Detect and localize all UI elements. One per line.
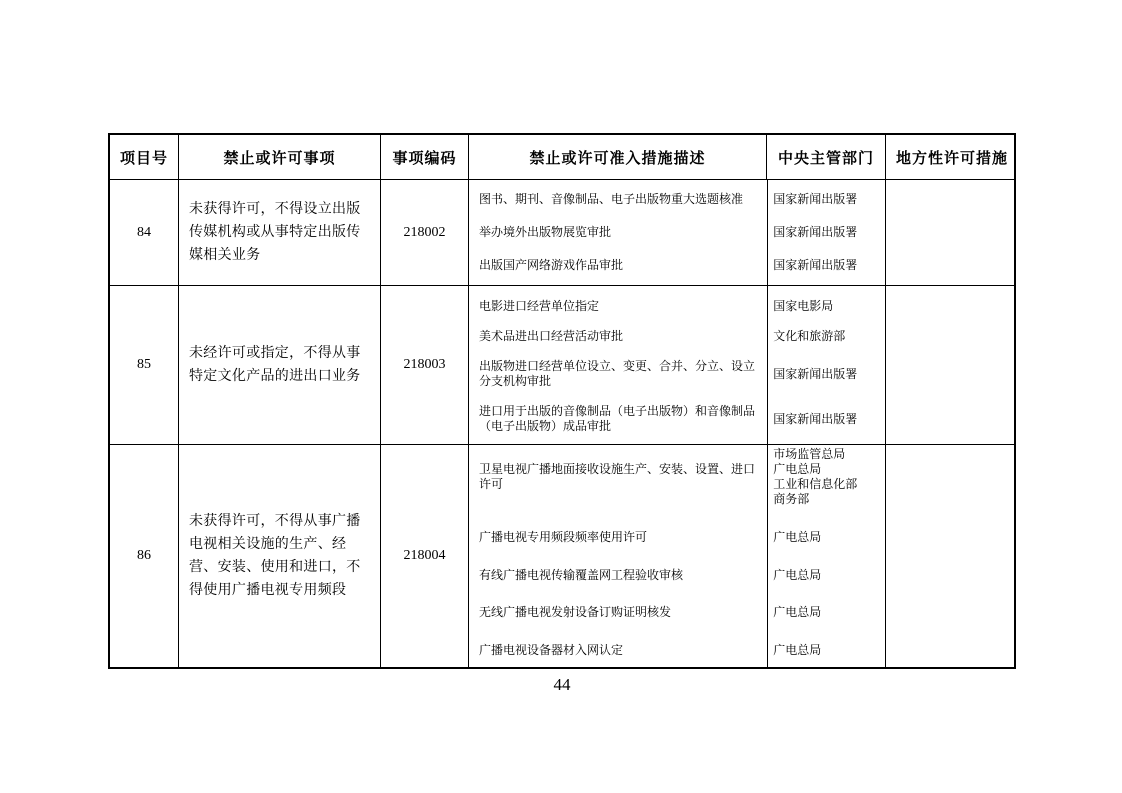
measure-row: 出版物进口经营单位设立、变更、合并、分立、设立分支机构审批 国家新闻出版署 [469, 359, 885, 389]
local-measures-cell [886, 180, 1018, 285]
department-text: 广电总局 [766, 605, 885, 620]
measure-row: 广播电视专用频段频率使用许可 广电总局 [469, 530, 885, 545]
item-number: 86 [110, 445, 179, 667]
measure-text: 举办境外出版物展览审批 [469, 225, 766, 240]
table-header-row: 项目号 禁止或许可事项 事项编码 禁止或许可准入措施描述 中央主管部门 地方性许… [110, 135, 1014, 180]
col-header-measure-description: 禁止或许可准入措施描述 [469, 135, 767, 179]
department-text: 国家新闻出版署 [766, 225, 885, 240]
measure-text: 广播电视专用频段频率使用许可 [469, 530, 766, 545]
measure-row: 有线广播电视传输覆盖网工程验收审核 广电总局 [469, 568, 885, 583]
measures-cell: 卫星电视广播地面接收设施生产、安装、设置、进口许可 市场监管总局 广电总局 工业… [469, 445, 886, 667]
measures-cell: 图书、期刊、音像制品、电子出版物重大选题核准 国家新闻出版署 举办境外出版物展览… [469, 180, 886, 285]
matter-cell: 未经许可或指定，不得从事特定文化产品的进出口业务 [179, 286, 381, 444]
col-header-central-department: 中央主管部门 [767, 135, 886, 179]
measure-text: 卫星电视广播地面接收设施生产、安装、设置、进口许可 [469, 462, 766, 492]
table-row: 84 未获得许可，不得设立出版传媒机构或从事特定出版传媒相关业务 218002 … [110, 180, 1014, 286]
matter-text: 未经许可或指定，不得从事特定文化产品的进出口业务 [189, 342, 372, 388]
table-row: 85 未经许可或指定，不得从事特定文化产品的进出口业务 218003 电影进口经… [110, 286, 1014, 445]
department-text: 国家新闻出版署 [766, 412, 885, 427]
measure-row: 出版国产网络游戏作品审批 国家新闻出版署 [469, 258, 885, 273]
measure-text: 有线广播电视传输覆盖网工程验收审核 [469, 568, 766, 583]
measure-row: 举办境外出版物展览审批 国家新闻出版署 [469, 225, 885, 240]
matter-cell: 未获得许可，不得从事广播电视相关设施的生产、经营、安装、使用和进口，不得使用广播… [179, 445, 381, 667]
col-header-item-number: 项目号 [110, 135, 179, 179]
measure-row: 无线广播电视发射设备订购证明核发 广电总局 [469, 605, 885, 620]
document-page: 项目号 禁止或许可事项 事项编码 禁止或许可准入措施描述 中央主管部门 地方性许… [0, 0, 1122, 793]
department-text: 国家新闻出版署 [766, 258, 885, 273]
col-header-local-measures: 地方性许可措施 [886, 135, 1018, 179]
department-text: 广电总局 [766, 643, 885, 658]
item-number: 85 [110, 286, 179, 444]
measures-cell: 电影进口经营单位指定 国家电影局 美术品进出口经营活动审批 文化和旅游部 出版物… [469, 286, 886, 444]
measure-row: 美术品进出口经营活动审批 文化和旅游部 [469, 329, 885, 344]
matter-code: 218003 [381, 286, 469, 444]
matter-text: 未获得许可，不得设立出版传媒机构或从事特定出版传媒相关业务 [189, 198, 372, 267]
matter-cell: 未获得许可，不得设立出版传媒机构或从事特定出版传媒相关业务 [179, 180, 381, 285]
matter-code: 218002 [381, 180, 469, 285]
measure-row: 卫星电视广播地面接收设施生产、安装、设置、进口许可 市场监管总局 广电总局 工业… [469, 447, 885, 507]
table-row: 86 未获得许可，不得从事广播电视相关设施的生产、经营、安装、使用和进口，不得使… [110, 445, 1014, 667]
department-text: 国家电影局 [766, 299, 885, 314]
department-text: 广电总局 [766, 568, 885, 583]
col-header-matter: 禁止或许可事项 [179, 135, 381, 179]
local-measures-cell [886, 286, 1018, 444]
matter-code: 218004 [381, 445, 469, 667]
measure-row: 电影进口经营单位指定 国家电影局 [469, 299, 885, 314]
measure-text: 进口用于出版的音像制品（电子出版物）和音像制品（电子出版物）成品审批 [469, 404, 766, 434]
measure-text: 出版物进口经营单位设立、变更、合并、分立、设立分支机构审批 [469, 359, 766, 389]
measure-text: 出版国产网络游戏作品审批 [469, 258, 766, 273]
item-number: 84 [110, 180, 179, 285]
access-measures-table: 项目号 禁止或许可事项 事项编码 禁止或许可准入措施描述 中央主管部门 地方性许… [108, 133, 1016, 669]
local-measures-cell [886, 445, 1018, 667]
page-number: 44 [108, 675, 1016, 695]
matter-text: 未获得许可，不得从事广播电视相关设施的生产、经营、安装、使用和进口，不得使用广播… [189, 510, 372, 602]
measure-text: 电影进口经营单位指定 [469, 299, 766, 314]
measure-text: 无线广播电视发射设备订购证明核发 [469, 605, 766, 620]
col-header-code: 事项编码 [381, 135, 469, 179]
department-text: 市场监管总局 广电总局 工业和信息化部 商务部 [766, 447, 885, 507]
measure-row: 进口用于出版的音像制品（电子出版物）和音像制品（电子出版物）成品审批 国家新闻出… [469, 404, 885, 434]
department-text: 国家新闻出版署 [766, 192, 885, 207]
measure-text: 图书、期刊、音像制品、电子出版物重大选题核准 [469, 192, 766, 207]
measure-row: 图书、期刊、音像制品、电子出版物重大选题核准 国家新闻出版署 [469, 192, 885, 207]
department-text: 国家新闻出版署 [766, 367, 885, 382]
measure-row: 广播电视设备器材入网认定 广电总局 [469, 643, 885, 658]
department-text: 广电总局 [766, 530, 885, 545]
measure-text: 广播电视设备器材入网认定 [469, 643, 766, 658]
department-text: 文化和旅游部 [766, 329, 885, 344]
measure-text: 美术品进出口经营活动审批 [469, 329, 766, 344]
